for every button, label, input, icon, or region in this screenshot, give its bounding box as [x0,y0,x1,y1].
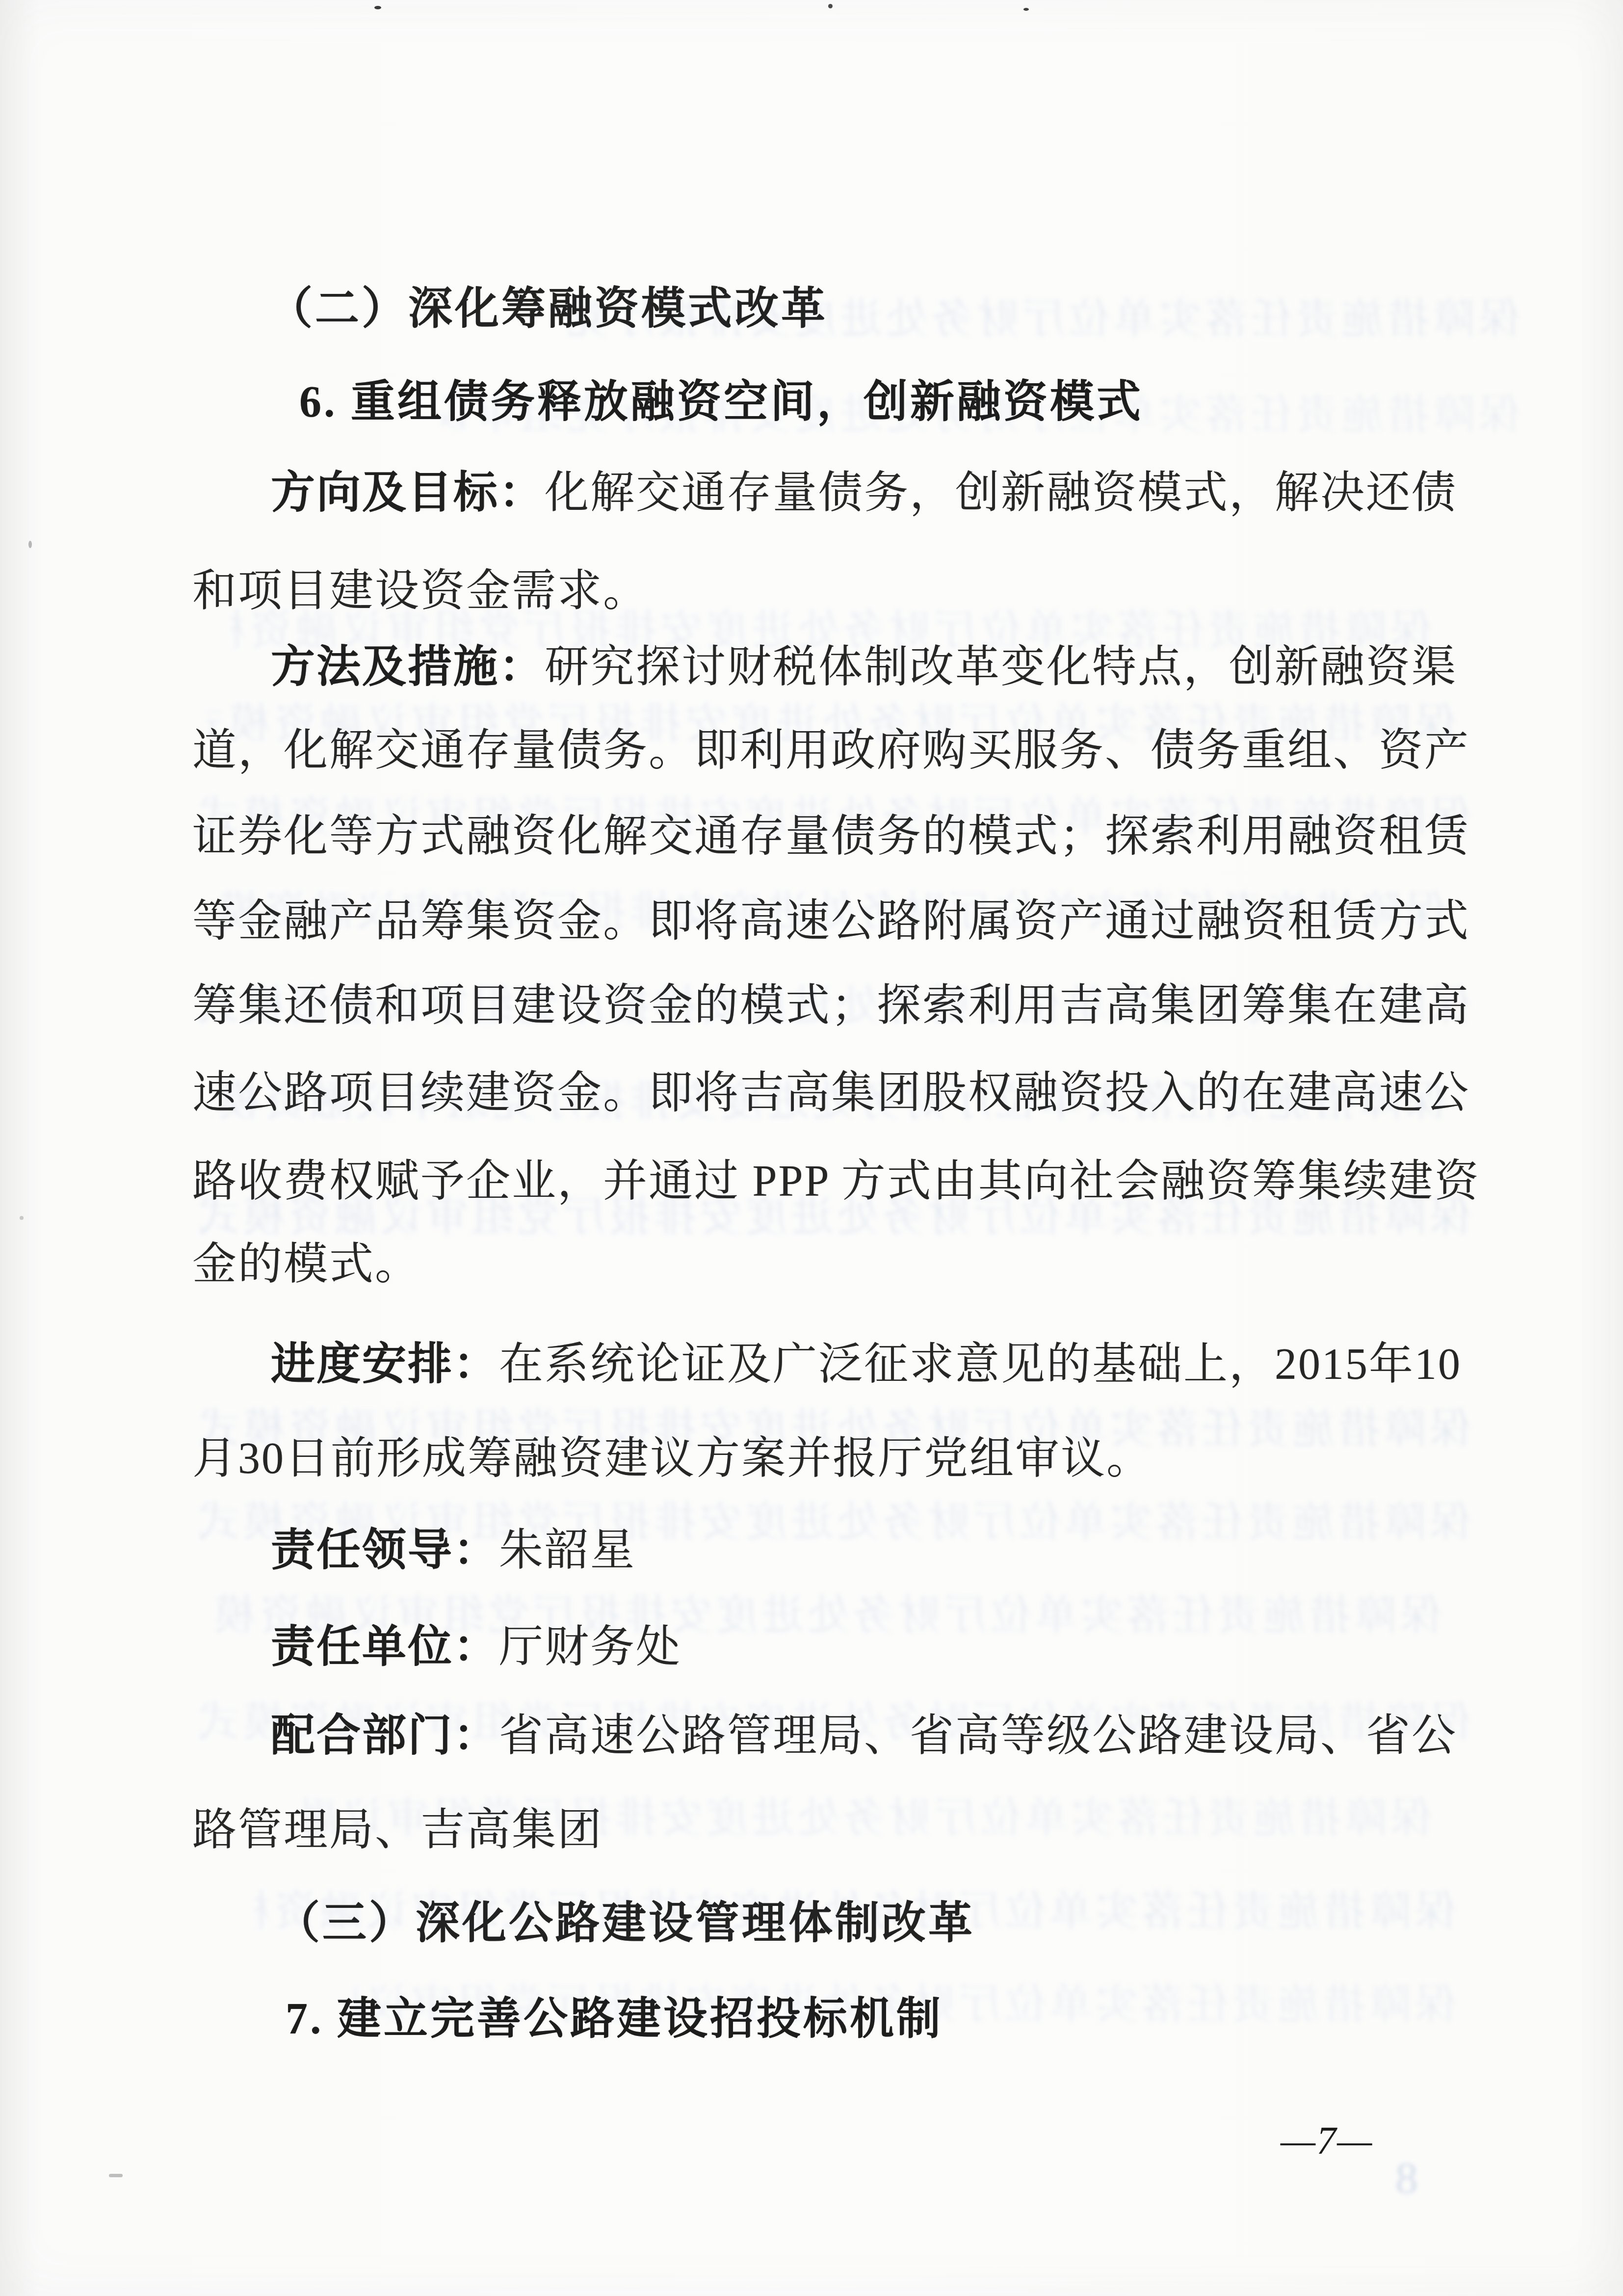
scan-speck [20,1216,24,1220]
para-method-line5: 筹集还债和项目建设资金的模式；探索利用吉高集团筹集在建高 [192,982,1488,1029]
schedule-text: 在系统论证及广泛征求意见的基础上，2015年10 [499,1340,1462,1389]
scan-speck [109,2174,123,2177]
direction-text: 化解交通存量债务，创新融资模式，解决还债 [545,469,1457,517]
scan-speck [28,541,32,548]
para-partner-line1: 配合部门：省高速公路管理局、省高等级公路建设局、省公 [192,1713,1566,1760]
section3-heading: （三）深化公路建设管理体制改革 [192,1900,1571,1947]
para-method-line4: 等金融产品筹集资金。即将高速公路附属资产通过融资租赁方式 [192,898,1488,945]
para-leader: 责任领导：朱韶星 [192,1527,1566,1574]
para-method-line1: 方法及措施：研究探讨财税体制改革变化特点，创新融资渠 [192,644,1566,691]
para-direction-line2: 和项目建设资金需求。 [192,568,1488,615]
scan-speck [1023,8,1029,11]
para-method-line3: 证券化等方式融资化解交通存量债务的模式；探索利用融资租赁 [192,813,1488,860]
scanned-document-screenshot: { "document": { "section2_heading": "（二）… [0,0,1623,2296]
partner-text: 省高速公路管理局、省高等级公路建设局、省公 [499,1712,1457,1760]
para-schedule-line1: 进度安排：在系统论证及广泛征求意见的基础上，2015年10 [192,1341,1566,1388]
scan-speck [828,4,833,8]
para-method-line2: 道，化解交通存量债务。即利用政府购买服务、债务重组、资产 [192,727,1488,774]
direction-label: 方向及目标： [271,469,545,517]
para-direction-line1: 方向及目标：化解交通存量债务，创新融资模式，解决还债 [192,470,1566,517]
page-number: —7— [1281,2119,1413,2163]
para-schedule-line2: 月30日前形成筹融资建议方案并报厅党组审议。 [192,1435,1488,1482]
unit-label: 责任单位： [271,1623,499,1671]
item7-title: 7. 建立完善公路建设招投标机制 [192,1996,1581,2043]
scan-speck [374,6,381,9]
leader-value: 朱韶星 [499,1526,636,1575]
para-unit: 责任单位：厅财务处 [192,1624,1566,1671]
item6-title: 6. 重组债务释放融资空间，创新融资模式 [192,379,1595,426]
partner-label: 配合部门： [271,1712,499,1760]
para-method-line7: 路收费权赋予企业，并通过 PPP 方式由其向社会融资筹集续建资 [192,1158,1488,1205]
method-text: 研究探讨财税体制改革变化特点，创新融资渠 [545,643,1457,691]
section2-heading: （二）深化筹融资模式改革 [192,286,1564,333]
schedule-label: 进度安排： [271,1340,499,1389]
para-method-line6: 速公路项目续建资金。即将吉高集团股权融资投入的在建高速公 [192,1070,1488,1117]
method-label: 方法及措施： [271,643,545,691]
unit-value: 厅财务处 [499,1623,681,1671]
para-partner-line2: 路管理局、吉高集团 [192,1807,1488,1854]
paper-sheet: 保障措施责任落实单位厅财务处进度安排报厅党组审议融资模式改革方案研究 保障措施责… [0,0,1623,2296]
leader-label: 责任领导： [271,1526,499,1575]
para-method-line8: 金的模式。 [192,1241,1488,1288]
